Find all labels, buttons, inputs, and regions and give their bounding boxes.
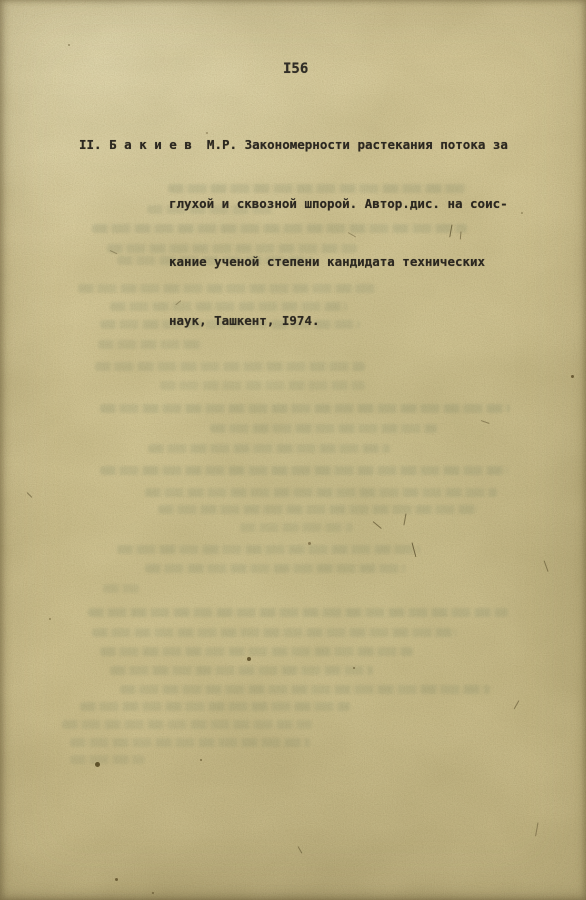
ghost-text-line	[70, 738, 310, 747]
paper-speck	[49, 618, 51, 620]
ghost-text-line	[100, 404, 510, 413]
entry-line: глухой и сквозной шпорой. Автор.дис. на …	[169, 194, 508, 214]
ghost-text-line	[100, 466, 508, 475]
ghost-text-line	[210, 424, 437, 433]
ghost-text-line	[160, 381, 365, 390]
ghost-text-line	[92, 628, 457, 637]
paper-fiber	[298, 846, 303, 853]
scanned-page: I56 II. Б а к и е в М.Р. Закономерности …	[0, 0, 586, 900]
paper-fiber	[535, 822, 538, 836]
entry-line: II. Б а к и е в М.Р. Закономерности раст…	[79, 135, 508, 155]
ghost-text-line	[62, 720, 312, 729]
ghost-text-line	[240, 523, 353, 532]
entry-line: наук, Ташкент, I974.	[169, 311, 508, 331]
paper-speck	[68, 44, 70, 46]
paper-speck	[95, 762, 100, 767]
ghost-text-line	[145, 488, 497, 497]
ghost-text-line	[120, 685, 490, 694]
ghost-text-line	[103, 584, 139, 593]
ghost-text-line	[148, 444, 390, 453]
paper-fiber	[403, 513, 406, 525]
ghost-text-line	[110, 666, 373, 675]
paper-speck	[247, 657, 251, 661]
paper-speck	[353, 667, 355, 669]
ghost-text-line	[158, 505, 478, 514]
paper-speck	[115, 878, 118, 881]
page-number: I56	[283, 61, 308, 77]
ghost-text-line	[100, 647, 413, 656]
paper-speck	[308, 542, 311, 545]
ghost-text-line	[80, 702, 350, 711]
paper-fiber	[544, 560, 549, 572]
paper-speck	[206, 132, 208, 134]
bibliography-entry: II. Б а к и е в М.Р. Закономерности раст…	[79, 96, 508, 369]
paper-speck	[571, 375, 574, 378]
paper-fiber	[27, 492, 33, 498]
entry-line: кание ученой степени кандидата техническ…	[169, 252, 508, 272]
paper-fiber	[514, 700, 520, 709]
ghost-text-line	[70, 755, 145, 764]
paper-speck	[152, 892, 154, 894]
ghost-text-line	[117, 545, 420, 554]
ghost-text-line	[145, 564, 405, 573]
paper-speck	[200, 759, 202, 761]
ghost-text-line	[88, 608, 508, 617]
paper-fiber	[373, 521, 382, 529]
paper-fiber	[481, 420, 490, 424]
paper-speck	[521, 212, 523, 214]
